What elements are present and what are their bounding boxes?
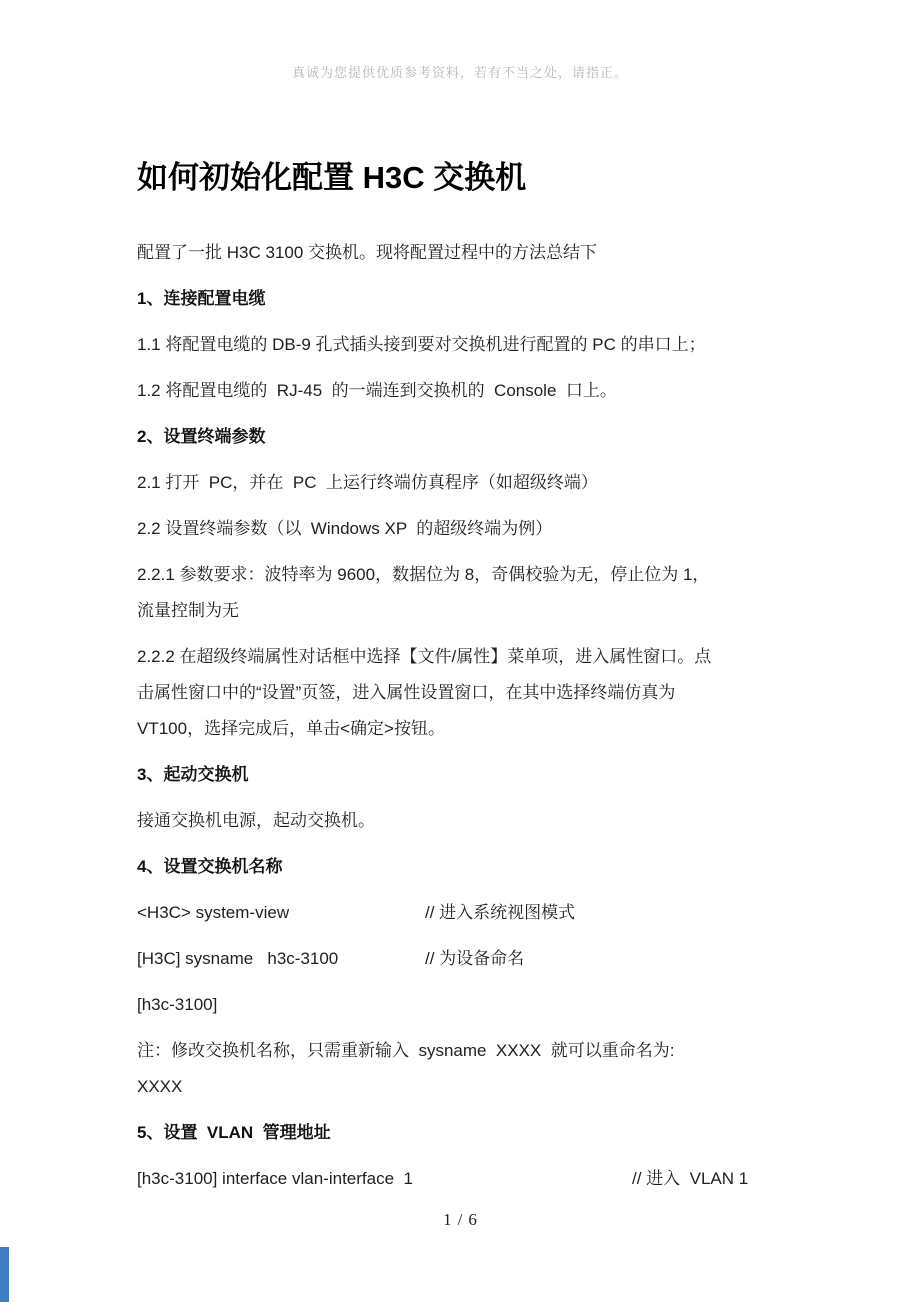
command-text: [H3C] sysname h3c-3100 [137,941,425,977]
section-3-heading: 3、起动交换机 [137,757,787,793]
page-title: 如何初始化配置 H3C 交换机 [137,157,787,199]
total-page-count: 6 [468,1210,477,1229]
command-comment: // 进入系统视图模式 [425,895,575,931]
section-2-step-2-1: 2.2.1 参数要求：波特率为 9600，数据位为 8，奇偶校验为无，停止位为 … [137,557,787,629]
current-page-number: 1 [443,1210,452,1229]
command-line-sysname: [H3C] sysname h3c-3100 // 为设备命名 [137,941,787,977]
section-1-step-1: 1.1 将配置电缆的 DB-9 孔式插头接到要对交换机进行配置的 PC 的串口上… [137,327,787,363]
command-text: [h3c-3100] interface vlan-interface 1 [137,1161,632,1197]
page-number-separator: / [458,1210,463,1229]
section-2-step-2: 2.2 设置终端参数（以 Windows XP 的超级终端为例） [137,511,787,547]
command-text: [h3c-3100] [137,987,217,1023]
command-line-interface-vlan: [h3c-3100] interface vlan-interface 1 //… [137,1161,787,1197]
section-1-step-2: 1.2 将配置电缆的 RJ-45 的一端连到交换机的 Console 口上。 [137,373,787,409]
page-edge-marker [0,1247,9,1302]
section-2-step-2-2: 2.2.2 在超级终端属性对话框中选择【文件/属性】菜单项，进入属性窗口。点 击… [137,639,787,747]
section-5-heading: 5、设置 VLAN 管理地址 [137,1115,787,1151]
section-4-note: 注：修改交换机名称，只需重新输入 sysname XXXX 就可以重命名为: X… [137,1033,787,1105]
section-2-step-1: 2.1 打开 PC，并在 PC 上运行终端仿真程序（如超级终端） [137,465,787,501]
command-text: <H3C> system-view [137,895,425,931]
section-2-heading: 2、设置终端参数 [137,419,787,455]
section-1-heading: 1、连接配置电缆 [137,281,787,317]
page-number-footer: 1/6 [0,1210,920,1230]
command-comment: // 为设备命名 [425,941,524,977]
command-comment: // 进入 VLAN 1 [632,1161,748,1197]
header-disclaimer: 真诚为您提供优质参考资料，若有不当之处，请指正。 [0,0,920,81]
intro-paragraph: 配置了一批 H3C 3100 交换机。现将配置过程中的方法总结下 [137,235,787,271]
command-line-system-view: <H3C> system-view // 进入系统视图模式 [137,895,787,931]
command-line-prompt: [h3c-3100] [137,987,787,1023]
section-3-paragraph: 接通交换机电源，起动交换机。 [137,803,787,839]
document-body: 如何初始化配置 H3C 交换机 配置了一批 H3C 3100 交换机。现将配置过… [137,157,787,1197]
section-4-heading: 4、设置交换机名称 [137,849,787,885]
